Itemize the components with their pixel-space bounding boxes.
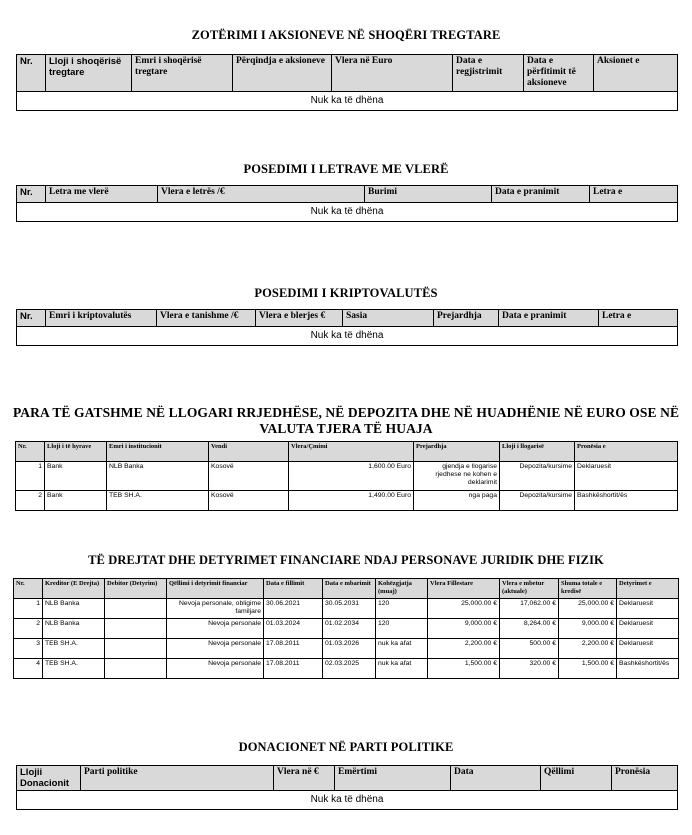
cell-initial: 2,200.00 € (428, 639, 500, 659)
cash-table: Nr. Lloji i të hyrave Emri i institucion… (15, 441, 678, 511)
cell-nr: 4 (14, 659, 43, 679)
cell-owner: Deklaruesit (617, 619, 679, 639)
cell-origin: gjendja e llogarise rjedhese ne kohen e … (414, 462, 500, 491)
col-header: Data e mbarimit (323, 579, 376, 599)
col-header: Data e pranimit (492, 186, 590, 203)
cash-section-title: PARA TË GATSHME NË LLOGARI RRJEDHËSE, NË… (0, 405, 692, 437)
col-header: Nr. (16, 442, 45, 462)
col-header: Vendi (209, 442, 289, 462)
col-header: Vlera/Çmimi (289, 442, 414, 462)
cell-start: 17.08.2011 (264, 659, 323, 679)
col-header: Nr. (14, 579, 43, 599)
cell-creditor: NLB Banka (43, 619, 105, 639)
table-row: 2 Bank TEB SH.A. Kosovë 1,490.00 Euro ng… (16, 491, 678, 511)
table-row: 2 NLB Banka Nevoja personale 01.03.2024 … (14, 619, 679, 639)
col-header: Letra e (590, 186, 678, 203)
col-header: Aksionet e (594, 55, 678, 92)
cell-value: 1,600.00 Euro (289, 462, 414, 491)
col-header: Letra e (599, 310, 678, 327)
cell-duration: nuk ka afat (376, 639, 428, 659)
col-header: Llojii Donacionit (17, 766, 81, 791)
cell-institution: TEB SH.A. (107, 491, 209, 511)
cell-creditor: TEB SH.A. (43, 659, 105, 679)
securities-table: Nr. Letra me vlerë Vlera e letrës /€ Bur… (16, 185, 678, 222)
col-header: Qëllimi (541, 766, 612, 791)
cell-nr: 3 (14, 639, 43, 659)
table-row: 3 TEB SH.A. Nevoja personale 17.08.2011 … (14, 639, 679, 659)
cell-duration: nuk ka afat (376, 659, 428, 679)
cell-nr: 2 (16, 491, 45, 511)
cell-total: 25,000.00 € (559, 599, 617, 619)
cell-country: Kosovë (209, 462, 289, 491)
col-header: Kreditor (E Drejta) (43, 579, 105, 599)
cash-title-line1: PARA TË GATSHME NË LLOGARI RRJEDHËSE, NË… (0, 405, 692, 421)
col-header: Emri i kriptovalutës (46, 310, 157, 327)
col-header: Data e përfitimit të aksioneve (524, 55, 594, 92)
cell-total: 9,000.00 € (559, 619, 617, 639)
donations-section-title: DONACIONET NË PARTI POLITIKE (0, 740, 692, 755)
empty-message: Nuk ka të dhëna (17, 791, 678, 810)
table-row: 1 NLB Banka Nevoja personale, obligime f… (14, 599, 679, 619)
col-header: Burimi (365, 186, 492, 203)
cell-origin: nga paga (414, 491, 500, 511)
shares-table: Nr. Lloji i shoqërisë tregtare Emri i sh… (16, 54, 678, 111)
cell-creditor: TEB SH.A. (43, 639, 105, 659)
col-header: Përqindja e aksioneve (233, 55, 332, 92)
cell-nr: 1 (16, 462, 45, 491)
cell-remaining: 320.00 € (500, 659, 559, 679)
col-header: Vlera e tanishme /€ (157, 310, 256, 327)
liabilities-table: Nr. Kreditor (E Drejta) Debitor (Detyrim… (13, 578, 679, 679)
col-header: Kohëzgjatja (muaj) (376, 579, 428, 599)
shares-section-title: ZOTËRIMI I AKSIONEVE NË SHOQËRI TREGTARE (0, 28, 692, 43)
col-header: Qëllimi i detyrimit financiar (167, 579, 264, 599)
cell-end: 30.05.2031 (323, 599, 376, 619)
cell-start: 30.06.2021 (264, 599, 323, 619)
table-row: 4 TEB SH.A. Nevoja personale 17.08.2011 … (14, 659, 679, 679)
cell-purpose: Nevoja personale, obligime familjare (167, 599, 264, 619)
cell-nr: 2 (14, 619, 43, 639)
cell-type: Bank (45, 462, 107, 491)
cell-end: 01.03.2026 (323, 639, 376, 659)
cell-remaining: 17,062.00 € (500, 599, 559, 619)
col-header: Data (451, 766, 541, 791)
col-header: Prejardhja (434, 310, 499, 327)
col-header: Vlera në Euro (332, 55, 453, 92)
cell-owner: Deklaruesit (617, 639, 679, 659)
col-header: Letra me vlerë (46, 186, 158, 203)
empty-message: Nuk ka të dhëna (17, 92, 678, 111)
cell-initial: 1,500.00 € (428, 659, 500, 679)
cell-remaining: 8,264.00 € (500, 619, 559, 639)
cell-account: Depozita/kursime (500, 462, 575, 491)
cell-initial: 25,000.00 € (428, 599, 500, 619)
col-header: Nr. (17, 55, 46, 92)
cell-debtor (105, 599, 167, 619)
cell-purpose: Nevoja personale (167, 639, 264, 659)
crypto-section-title: POSEDIMI I KRIPTOVALUTËS (0, 286, 692, 301)
empty-message: Nuk ka të dhëna (17, 203, 678, 222)
cell-start: 01.03.2024 (264, 619, 323, 639)
col-header: Nr. (17, 310, 46, 327)
col-header: Pronësia e (575, 442, 678, 462)
cell-owner: Bashkëshortit/ës (617, 659, 679, 679)
cell-debtor (105, 659, 167, 679)
col-header: Lloji i të hyrave (45, 442, 107, 462)
cell-ownership: Deklaruesit (575, 462, 678, 491)
cell-purpose: Nevoja personale (167, 619, 264, 639)
col-header: Emërtimi (335, 766, 451, 791)
cell-ownership: Bashkëshortit/ës (575, 491, 678, 511)
crypto-table: Nr. Emri i kriptovalutës Vlera e tanishm… (16, 309, 678, 346)
col-header: Nr. (17, 186, 46, 203)
cell-account: Depozita/kursime (500, 491, 575, 511)
col-header: Shuma totale e kredisë (559, 579, 617, 599)
col-header: Vlera në € (274, 766, 335, 791)
securities-section-title: POSEDIMI I LETRAVE ME VLERË (0, 162, 692, 177)
col-header: Pronësia (612, 766, 678, 791)
donations-table: Llojii Donacionit Parti politike Vlera n… (16, 765, 678, 810)
cell-duration: 120 (376, 619, 428, 639)
cell-total: 1,500.00 € (559, 659, 617, 679)
cell-debtor (105, 639, 167, 659)
col-header: Vlera e letrës /€ (158, 186, 365, 203)
col-header: Data e pranimit (499, 310, 599, 327)
empty-message: Nuk ka të dhëna (17, 327, 678, 346)
cash-title-line2: VALUTA TJERA TË HUAJA (0, 421, 692, 437)
col-header: Data e fillimit (264, 579, 323, 599)
col-header: Debitor (Detyrim) (105, 579, 167, 599)
cell-end: 01.02.2034 (323, 619, 376, 639)
cell-start: 17.08.2011 (264, 639, 323, 659)
col-header: Detyrimet e (617, 579, 679, 599)
col-header: Parti politike (81, 766, 274, 791)
col-header: Vlera Fillestare (428, 579, 500, 599)
cell-duration: 120 (376, 599, 428, 619)
cell-remaining: 500.00 € (500, 639, 559, 659)
col-header: Sasia (343, 310, 434, 327)
cell-initial: 9,000.00 € (428, 619, 500, 639)
col-header: Emri i institucionit (107, 442, 209, 462)
cell-country: Kosovë (209, 491, 289, 511)
col-header: Vlera e blerjes € (256, 310, 343, 327)
cell-end: 02.03.2025 (323, 659, 376, 679)
cell-value: 1,490.00 Euro (289, 491, 414, 511)
cell-owner: Deklaruesit (617, 599, 679, 619)
col-header: Lloji i shoqërisë tregtare (46, 55, 132, 92)
cell-type: Bank (45, 491, 107, 511)
cell-creditor: NLB Banka (43, 599, 105, 619)
table-row: 1 Bank NLB Banka Kosovë 1,600.00 Euro gj… (16, 462, 678, 491)
cell-nr: 1 (14, 599, 43, 619)
col-header: Vlera e mbetur (aktuale) (500, 579, 559, 599)
cell-debtor (105, 619, 167, 639)
col-header: Prejardhja (414, 442, 500, 462)
col-header: Data e regjistrimit (453, 55, 524, 92)
col-header: Lloji i llogarisë (500, 442, 575, 462)
liabilities-section-title: TË DREJTAT DHE DETYRIMET FINANCIARE NDAJ… (0, 553, 692, 568)
cell-purpose: Nevoja personale (167, 659, 264, 679)
col-header: Emri i shoqërisë tregtare (132, 55, 233, 92)
cell-institution: NLB Banka (107, 462, 209, 491)
cell-total: 2,200.00 € (559, 639, 617, 659)
